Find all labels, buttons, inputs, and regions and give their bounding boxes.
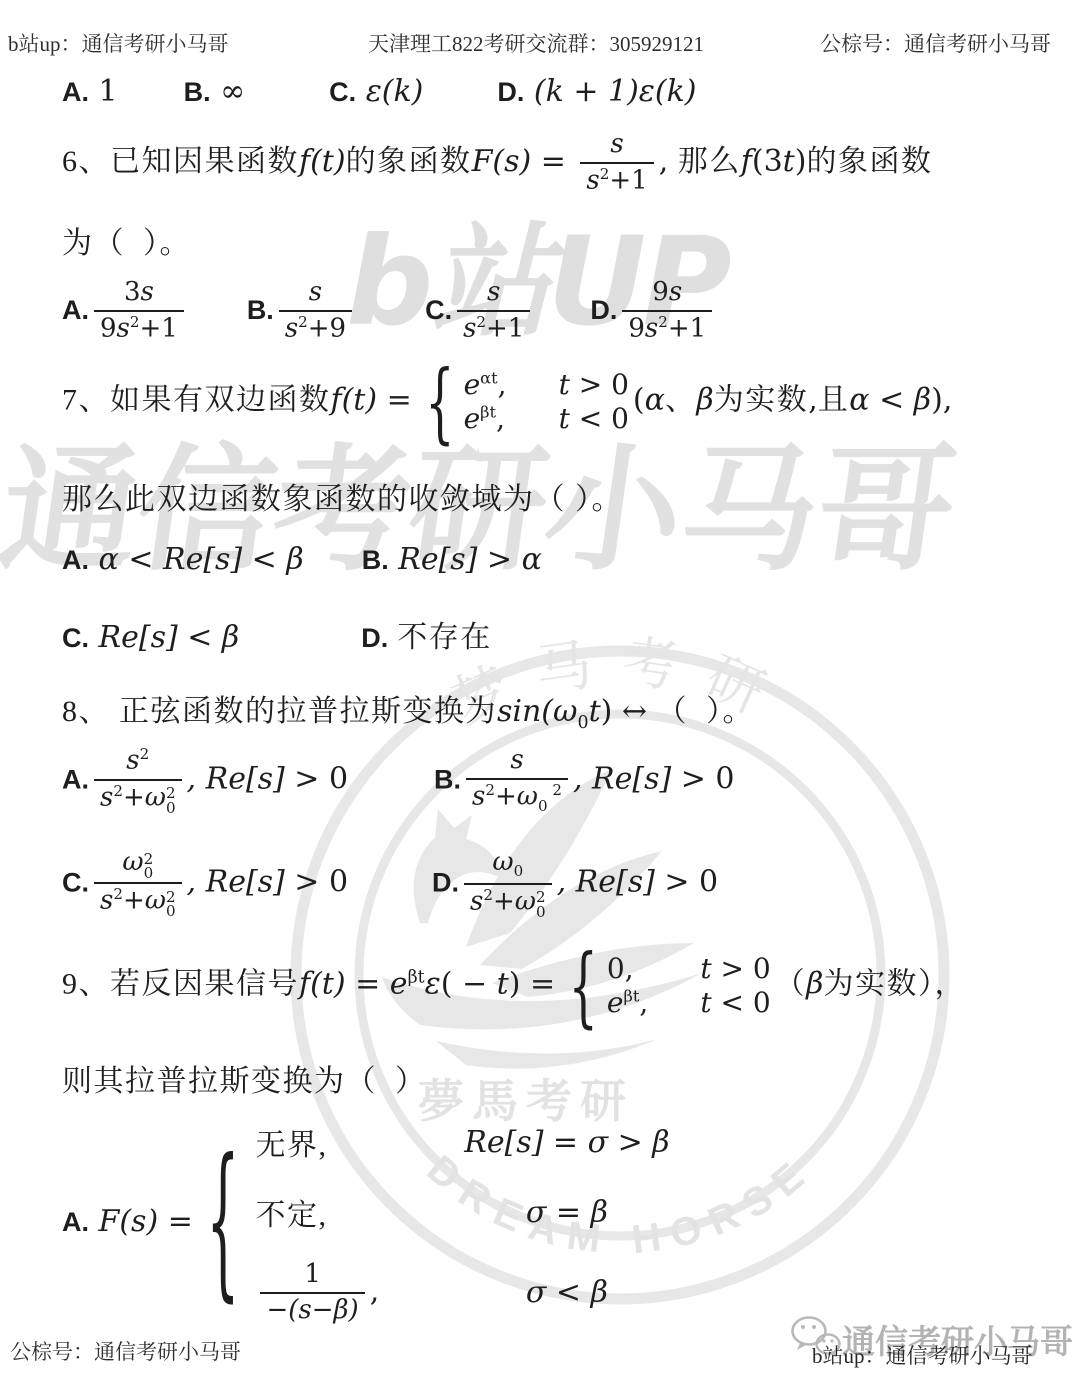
text-segment: 那么 <box>678 145 741 178</box>
math-segment: , <box>498 368 507 401</box>
math-segment: s <box>510 745 523 775</box>
math-segment: Re[s] < β <box>89 620 239 655</box>
math-segment: = <box>346 967 390 1002</box>
math-segment: +9 <box>308 314 346 344</box>
text-segment: 为实数 <box>714 384 809 417</box>
denominator: s2+ω20 <box>94 884 182 919</box>
math-segment: ( − <box>441 967 497 1002</box>
fraction: 3s9s2+1 <box>94 278 184 344</box>
numerator: ω0 <box>464 848 552 885</box>
text-segment: 、 <box>665 384 697 417</box>
stacked-sub-sup: 20 <box>166 890 176 919</box>
cases-right-cell: σ < β <box>526 1275 608 1310</box>
math-segment: > 0 <box>285 865 348 900</box>
math-segment: 9 <box>100 314 117 344</box>
math-segment: t <box>700 952 711 985</box>
q6-options: A.3s9s2+1B.ss2+9C.ss2+1D.9s9s2+1 <box>62 278 717 344</box>
math-segment: f(t) <box>299 144 346 179</box>
numerator: s <box>466 746 568 780</box>
cases-right-cell: t > 0 <box>700 952 770 985</box>
math-segment: ∞ <box>211 74 246 109</box>
text-segment: （ <box>775 968 807 1001</box>
math-segment: + <box>123 886 145 916</box>
math-segment: 0, <box>607 952 634 985</box>
math-segment: = <box>377 383 421 418</box>
math-segment: , Re[s] <box>573 762 671 797</box>
q7-options-row-ab: A. α < Re[s] < βB. Re[s] > α <box>62 542 542 577</box>
math-segment: Re[s] > α <box>389 542 542 577</box>
math-segment: s <box>487 277 500 307</box>
denominator: 9s2+1 <box>622 312 712 345</box>
cases-left-cell: 0, <box>607 952 648 985</box>
superscript: βt <box>623 987 639 1006</box>
math-segment: < 0 <box>712 986 771 1019</box>
cases-expression: {0,t > 0eβt,t < 0 <box>569 952 771 1019</box>
text-segment: 且 <box>818 384 850 417</box>
q6-stem-line-2: 为（ ）。 <box>62 218 191 262</box>
math-segment: α <box>849 383 869 418</box>
prev-question-options: A. 1B. ∞C. ε(k)D. (k + 1)ε(k) <box>62 74 697 109</box>
math-segment: 1 <box>89 74 118 109</box>
math-segment: ω <box>145 782 166 812</box>
cases-right-cell: Re[s] = σ > β <box>464 1125 669 1160</box>
math-segment: sin(ω <box>497 694 577 729</box>
math-segment: 9 <box>628 314 645 344</box>
text-segment: 6、已知因果函数 <box>62 145 299 178</box>
math-segment: +1 <box>668 314 706 344</box>
superscript: 2 <box>113 782 123 800</box>
math-segment: < 0 <box>570 402 629 435</box>
math-segment: σ = β <box>526 1195 608 1230</box>
header-qq-group: 天津理工822考研交流群：305929121 <box>368 28 704 58</box>
subscript: 0 <box>514 862 524 880</box>
numerator: s <box>580 130 653 164</box>
cases-grid: eαt,t > 0eβt,t < 0 <box>464 368 629 435</box>
fraction: s2s2+ω20 <box>94 746 182 815</box>
option-label: A. <box>62 295 89 325</box>
superscript: 2 <box>548 781 562 799</box>
text-segment: 9、若反因果信号 <box>62 968 299 1001</box>
math-segment: t <box>559 368 570 401</box>
cases-grid: 无界,Re[s] = σ > β不定,σ = β1−(s−β),σ < β <box>255 1120 669 1326</box>
numerator: s <box>457 278 530 312</box>
math-segment: β <box>806 967 823 1002</box>
math-segment: t <box>497 967 509 1002</box>
cases-right-cell: σ = β <box>526 1195 608 1230</box>
fraction: ss2+9 <box>279 278 352 344</box>
fraction: ss2+1 <box>580 130 653 196</box>
math-segment: σ < β <box>526 1275 608 1310</box>
math-segment: (k + 1)ε(k) <box>524 74 696 109</box>
text-segment: （ ）。 <box>657 695 755 728</box>
cases-left-cell: 无界, <box>255 1120 379 1164</box>
math-segment: +1 <box>609 166 647 196</box>
left-brace: { <box>425 358 454 445</box>
sub-part: 0 <box>144 866 154 880</box>
math-segment: , Re[s] <box>187 865 285 900</box>
q7-stem-line-2: 那么此双边函数象函数的收敛域为（ ）。 <box>62 474 623 518</box>
math-segment: ) ↔ <box>601 694 657 729</box>
math-segment: s <box>100 782 113 812</box>
denominator: s2+ω20 <box>464 885 552 920</box>
stacked-sub-sup: 20 <box>166 786 176 815</box>
math-segment: ε(k) <box>356 74 423 109</box>
fraction: 1−(s−β) <box>260 1260 364 1326</box>
option-label: B. <box>247 295 274 325</box>
fraction: ω20s2+ω20 <box>94 848 182 918</box>
math-segment: > 0 <box>712 952 771 985</box>
math-segment: s <box>472 782 485 812</box>
superscript: 2 <box>485 781 495 799</box>
math-segment: +1 <box>486 314 524 344</box>
math-segment: , <box>639 986 648 1019</box>
math-segment: ω <box>517 782 538 812</box>
math-segment: + <box>495 782 517 812</box>
math-segment: t <box>589 694 601 729</box>
text-segment: 8、 正弦函数的拉普拉斯变换为 <box>62 695 497 728</box>
denominator: 9s2+1 <box>94 312 184 345</box>
superscript: 2 <box>476 313 486 331</box>
fraction: ss2+ω0 2 <box>466 746 568 815</box>
cases-right-cell: t < 0 <box>559 402 629 435</box>
left-brace: { <box>206 1140 239 1306</box>
subscript: 0 <box>538 797 548 815</box>
math-segment: s <box>117 314 130 344</box>
math-segment: ε <box>425 967 441 1002</box>
text-segment: 不定, <box>255 1199 327 1232</box>
numerator: ω20 <box>94 848 182 884</box>
cases-right-cell: t < 0 <box>700 986 770 1019</box>
numerator: s <box>279 278 352 312</box>
cases-expression: {无界,Re[s] = σ > β不定,σ = β1−(s−β),σ < β <box>206 1120 669 1326</box>
superscript: 2 <box>140 745 150 763</box>
math-segment: + <box>123 782 145 812</box>
fraction: ω0s2+ω20 <box>464 848 552 919</box>
stacked-sub-sup: 20 <box>144 852 154 881</box>
math-segment: 3 <box>124 277 141 307</box>
subscript: 0 <box>577 713 588 733</box>
numerator: 9s <box>622 278 712 312</box>
cases-left-cell: 不定, <box>255 1190 379 1234</box>
option-label: D. <box>361 623 388 653</box>
math-segment: s <box>610 129 623 159</box>
math-segment: e <box>464 368 481 401</box>
sub-part: 0 <box>166 801 176 815</box>
math-segment: > 0 <box>655 865 718 900</box>
math-segment: ω <box>145 886 166 916</box>
math-segment: ( <box>633 383 645 418</box>
math-segment: e <box>390 967 408 1002</box>
q8-stem: 8、 正弦函数的拉普拉斯变换为sin(ω0t) ↔ （ ）。 <box>62 686 754 733</box>
math-segment: e <box>607 986 624 1019</box>
cases-expression: {eαt,t > 0eβt,t < 0 <box>425 368 629 435</box>
math-segment: β <box>696 383 713 418</box>
text-segment: 7、如果有双边函数 <box>62 384 331 417</box>
q9-stem-line-1: 9、若反因果信号f(t) = eβtε( − t) = {0,t > 0eβt,… <box>62 952 966 1019</box>
denominator: s2+ω0 2 <box>466 780 568 815</box>
fraction: ss2+1 <box>457 278 530 344</box>
math-segment: F(s) <box>89 1204 158 1239</box>
header-bilibili-account: b站up：通信考研小马哥 <box>8 28 229 58</box>
option-label: D. <box>497 77 524 107</box>
denominator: s2+9 <box>279 312 352 345</box>
math-segment: s <box>126 746 139 776</box>
math-segment: ) <box>795 144 807 179</box>
math-segment: s <box>463 314 476 344</box>
math-segment: 1 <box>304 1259 321 1289</box>
left-brace: { <box>569 942 598 1029</box>
cases-left-cell: eβt, <box>607 986 648 1019</box>
math-segment: , <box>370 1274 380 1309</box>
superscript: βt <box>480 403 496 422</box>
math-segment: , <box>808 383 818 418</box>
math-segment: f(t) <box>299 967 346 1002</box>
math-segment: s <box>309 277 322 307</box>
numerator: s2 <box>94 746 182 781</box>
denominator: −(s−β) <box>260 1294 364 1326</box>
text-segment: 的象函数 <box>346 145 472 178</box>
q9-option-a: A. F(s) = {无界,Re[s] = σ > β不定,σ = β1−(s−… <box>62 1120 674 1326</box>
math-segment: ω <box>515 886 536 916</box>
q7-stem-line-1: 7、如果有双边函数f(t) = {eαt,t > 0eβt,t < 0(α、β为… <box>62 368 952 435</box>
denominator: s2+ω20 <box>94 781 182 816</box>
superscript: 2 <box>298 313 308 331</box>
math-segment: = <box>531 144 575 179</box>
math-segment: Re[s] = σ > β <box>464 1125 669 1160</box>
math-segment: s <box>141 277 154 307</box>
math-segment: ), <box>931 383 952 418</box>
math-segment: < <box>870 383 914 418</box>
option-label: A. <box>62 545 89 575</box>
q6-stem-line-1: 6、已知因果函数f(t)的象函数F(s) = ss2+1, 那么f(3t)的象函… <box>62 130 932 196</box>
math-segment: F(s) <box>472 144 532 179</box>
exam-page: { "header": { "left": "b站up：通信考研小马哥", "c… <box>0 0 1080 1397</box>
math-segment: f <box>741 144 752 179</box>
sub-part: 0 <box>166 904 176 918</box>
math-segment: > 0 <box>285 762 348 797</box>
cases-left-cell: 1−(s−β), <box>255 1260 379 1326</box>
math-segment: , Re[s] <box>557 865 655 900</box>
math-segment: ) = <box>509 967 565 1002</box>
math-segment: α < Re[s] < β <box>89 542 304 577</box>
fraction: 9s9s2+1 <box>622 278 712 344</box>
text-segment: 无界, <box>255 1129 327 1162</box>
cases-grid: 0,t > 0eβt,t < 0 <box>607 952 771 1019</box>
math-segment: (3 <box>752 144 783 179</box>
math-segment: β <box>914 383 931 418</box>
q9-stem-line-2: 则其拉普拉斯变换为（ ） <box>62 1056 427 1100</box>
math-segment: e <box>464 402 481 435</box>
option-label: B. <box>434 765 461 795</box>
math-segment: s <box>470 886 483 916</box>
option-label: D. <box>432 868 459 898</box>
stacked-sub-sup: 20 <box>536 890 546 919</box>
math-segment: +1 <box>139 314 177 344</box>
math-segment: s <box>100 886 113 916</box>
math-segment: ω <box>492 847 513 877</box>
math-segment: + <box>493 886 515 916</box>
numerator: 3s <box>94 278 184 312</box>
superscript: βt <box>408 968 425 988</box>
header-wechat-account: 公棕号：通信考研小马哥 <box>820 28 1051 58</box>
option-label: C. <box>62 868 89 898</box>
math-segment: α <box>645 383 665 418</box>
math-segment: t <box>559 402 570 435</box>
cases-right-cell: t > 0 <box>559 368 629 401</box>
q8-options-row-cd: C.ω20s2+ω20, Re[s] > 0D.ω0s2+ω20, Re[s] … <box>62 848 718 919</box>
text-segment: 则其拉普拉斯变换为（ ） <box>62 1065 427 1098</box>
math-segment: −(s−β) <box>266 1295 358 1325</box>
option-label: B. <box>184 77 211 107</box>
superscript: 2 <box>658 313 668 331</box>
math-segment: t <box>700 986 711 1019</box>
math-segment: , <box>496 402 505 435</box>
option-label: C. <box>425 295 452 325</box>
option-label: B. <box>362 545 389 575</box>
cases-left-cell: eβt, <box>464 402 507 435</box>
text-segment: 为实数）， <box>824 968 967 1001</box>
math-segment: , Re[s] <box>187 762 285 797</box>
math-segment: = <box>158 1204 202 1239</box>
sub-part: 0 <box>536 905 546 919</box>
text-segment: 为（ ）。 <box>62 227 191 260</box>
denominator: s2+1 <box>580 164 653 197</box>
option-label: A. <box>62 765 89 795</box>
math-segment: t <box>783 144 795 179</box>
math-segment: > 0 <box>671 762 734 797</box>
footer-bilibili-account: b站up：通信考研小马哥 <box>812 1340 1033 1370</box>
superscript: 2 <box>483 886 493 904</box>
math-segment: s <box>669 277 682 307</box>
option-label: A. <box>62 1207 89 1237</box>
option-label: C. <box>62 623 89 653</box>
math-segment: s <box>285 314 298 344</box>
math-segment: f(t) <box>331 383 378 418</box>
numerator: 1 <box>260 1260 364 1294</box>
math-segment: ω <box>122 847 143 877</box>
superscript: αt <box>480 369 498 388</box>
superscript: 2 <box>600 165 610 183</box>
q7-options-row-cd: C. Re[s] < βD. 不存在 <box>62 612 492 656</box>
math-segment: , <box>659 144 678 179</box>
option-label: C. <box>329 77 356 107</box>
option-label: A. <box>62 77 89 107</box>
option-label: D. <box>590 295 617 325</box>
text-segment: 的象函数 <box>806 145 932 178</box>
math-segment: s <box>586 166 599 196</box>
math-segment: > 0 <box>570 368 629 401</box>
math-segment: 9 <box>652 277 669 307</box>
text-segment: 不存在 <box>388 621 492 654</box>
text-segment: 那么此双边函数象函数的收敛域为（ ）。 <box>62 483 623 516</box>
footer-wechat-account: 公棕号：通信考研小马哥 <box>10 1336 241 1366</box>
denominator: s2+1 <box>457 312 530 345</box>
math-segment: s <box>645 314 658 344</box>
superscript: 2 <box>113 885 123 903</box>
q8-options-row-ab: A.s2s2+ω20, Re[s] > 0B.ss2+ω0 2, Re[s] >… <box>62 746 734 815</box>
cases-left-cell: eαt, <box>464 368 507 401</box>
